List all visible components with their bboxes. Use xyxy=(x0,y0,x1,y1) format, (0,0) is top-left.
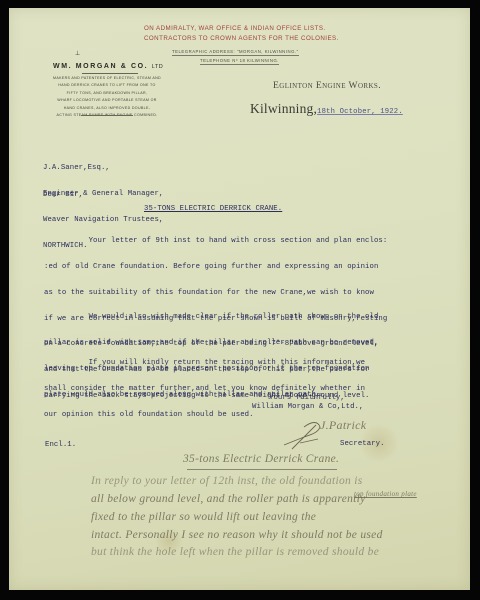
telephone-number: Telephone Nº 18 Kilwinning. xyxy=(200,58,279,65)
body-line: Your letter of 9th inst to hand with cro… xyxy=(44,237,387,246)
body-line: :ed of old Crane foundation. Before goin… xyxy=(44,263,387,272)
divider xyxy=(81,115,133,116)
body-line: shall consider the matter further,and le… xyxy=(44,385,365,394)
letterhead-contractors-line: CONTRACTORS TO CROWN AGENTS FOR THE COLO… xyxy=(144,35,339,42)
body-line: If you will kindly return the tracing wi… xyxy=(44,359,365,368)
place-name: Kilwinning, xyxy=(250,101,317,116)
makers-line: Fifty Tons, and Breakdown Pillar, xyxy=(53,90,161,97)
handwritten-line: In reply to your letter of 12th inst, th… xyxy=(91,475,363,487)
makers-line: Hand Derrick Cranes to lift from One to xyxy=(53,82,161,89)
company-suffix: LTD xyxy=(152,64,163,70)
enclosure-note: Encl.1. xyxy=(45,441,76,450)
makers-line: Makers and Patentees of Electric, Steam … xyxy=(53,75,161,82)
handwritten-line: intact. Personally I see no reason why i… xyxy=(91,529,383,541)
company-name-text: WM. MORGAN & CO. xyxy=(53,63,148,70)
telegraphic-address: Telegraphic Address: "MORGAN, KILWINNING… xyxy=(172,49,299,56)
closing-company: William Morgan & Co,Ltd., xyxy=(252,403,363,412)
anchor-mark-icon: ⊥ xyxy=(75,50,80,57)
handwritten-insertion: top foundation plate xyxy=(354,490,417,498)
company-name: WM. MORGAN & CO. LTD xyxy=(53,63,163,70)
divider xyxy=(82,73,138,74)
handwritten-underline xyxy=(187,469,337,470)
body-line: We would also wish made clear if the rol… xyxy=(44,313,378,322)
signatory-title: Secretary. xyxy=(340,440,385,449)
date-line: Kilwinning,18th October, 1922. xyxy=(250,101,403,117)
handwritten-line: but think the hole left when the pillar … xyxy=(91,546,379,558)
company-description: Makers and Patentees of Electric, Steam … xyxy=(53,75,161,119)
letterhead-admiralty-line: ON ADMIRALTY, WAR OFFICE & INDIAN OFFICE… xyxy=(144,25,326,32)
handwritten-heading: 35-tons Electric Derrick Crane. xyxy=(183,453,339,465)
valediction: Yours faithfully, xyxy=(269,394,345,403)
handwritten-line: fixed to the pillar so would lift out le… xyxy=(91,511,316,523)
salutation: Dear Sir, xyxy=(43,191,83,200)
makers-line: Hand Cranes, also Improved Double- xyxy=(53,105,161,112)
makers-line: Wharf Locomotive and Portable Steam or xyxy=(53,97,161,104)
subject-line: 35-TONS ELECTRIC DERRICK CRANE. xyxy=(144,205,282,214)
handwritten-line: all below ground level, and the roller p… xyxy=(91,493,366,505)
recipient-line: J.A.Saner,Esq., xyxy=(43,164,163,173)
works-name: Eglinton Engine Works. xyxy=(273,80,381,91)
letter-page: ON ADMIRALTY, WAR OFFICE & INDIAN OFFICE… xyxy=(9,8,470,590)
letter-date: 18th October, 1922. xyxy=(317,108,403,116)
signature: J.Patrick xyxy=(320,418,366,433)
